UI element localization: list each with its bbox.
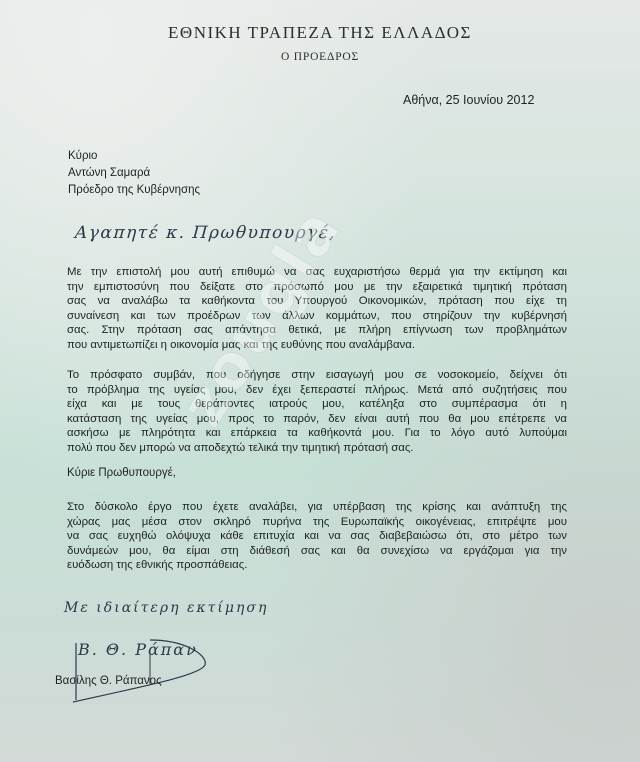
recipient-block: Κύριο Αντώνη Σαμαρά Πρόεδρο της Κυβέρνησ… (68, 148, 200, 199)
office-title: Ο ΠΡΟΕΔΡΟΣ (0, 51, 640, 63)
paragraph-2: Το πρόσφατο συμβάν, που οδήγησε στην εισ… (67, 368, 567, 456)
text-line: δυνάμεών μου, θα είμαι στη διάθεσή σας κ… (67, 544, 567, 559)
text-line: Στο δύσκολο έργο που έχετε αναλάβει, για… (67, 500, 567, 515)
text-line: πολύ που δεν μπορώ να αποδεχτώ τελικά τη… (67, 441, 567, 456)
signatory-name: Βασίλης Θ. Ράπανος (55, 675, 162, 687)
text-line: ασκήσω με πληρότητα και επάρκεια τα καθή… (67, 426, 567, 441)
text-line: είχα και με τους θεράποντες ιατρούς μου,… (67, 397, 567, 412)
text-line: συναίνεση και των προέδρων των άλλων κομ… (67, 309, 567, 324)
letter-date: Αθήνα, 25 Ιουνίου 2012 (403, 93, 534, 107)
recipient-line: Κύριο (68, 148, 200, 165)
paragraph-3: Στο δύσκολο έργο που έχετε αναλάβει, για… (67, 500, 567, 573)
recipient-title: Πρόεδρο της Κυβέρνησης (68, 182, 200, 199)
handwritten-closing: Με ιδιαίτερη εκτίμηση (64, 600, 268, 616)
text-line: που αντιμετωπίζει η οικονομία μας και τη… (67, 338, 567, 353)
salutation: Κύριε Πρωθυπουργέ, (67, 467, 176, 479)
text-line: Το πρόσφατο συμβάν, που οδήγησε στην εισ… (67, 368, 567, 383)
text-line: χώρας μας μέσα στον σκληρό πυρήνα της Ευ… (67, 515, 567, 530)
handwritten-signature: Β. Θ. Ράπαν (78, 640, 198, 659)
text-line: το πρόβλημα της υγείας μου, δεν έχει ξεπ… (67, 383, 567, 398)
bank-name: ΕΘΝΙΚΗ ΤΡΑΠΕΖΑ ΤΗΣ ΕΛΛΑΔΟΣ (0, 23, 640, 43)
text-line: ευόδωση της εθνικής προσπάθειας. (67, 558, 567, 573)
text-line: κατάσταση της υγείας μου, προς το παρόν,… (67, 412, 567, 427)
recipient-name: Αντώνη Σαμαρά (68, 165, 200, 182)
text-line: να σας ευχηθώ ολόψυχα κάθε επιτυχία και … (67, 529, 567, 544)
text-line: σας. Στην πρόταση σας απάντησα θετικά, μ… (67, 323, 567, 338)
text-line: σας να αναλάβω τα καθήκοντα του Υπουργού… (67, 294, 567, 309)
letterhead: ΕΘΝΙΚΗ ΤΡΑΠΕΖΑ ΤΗΣ ΕΛΛΑΔΟΣ Ο ΠΡΟΕΔΡΟΣ (0, 23, 640, 63)
letter-page: ΕΘΝΙΚΗ ΤΡΑΠΕΖΑ ΤΗΣ ΕΛΛΑΔΟΣ Ο ΠΡΟΕΔΡΟΣ Αθ… (0, 0, 640, 762)
